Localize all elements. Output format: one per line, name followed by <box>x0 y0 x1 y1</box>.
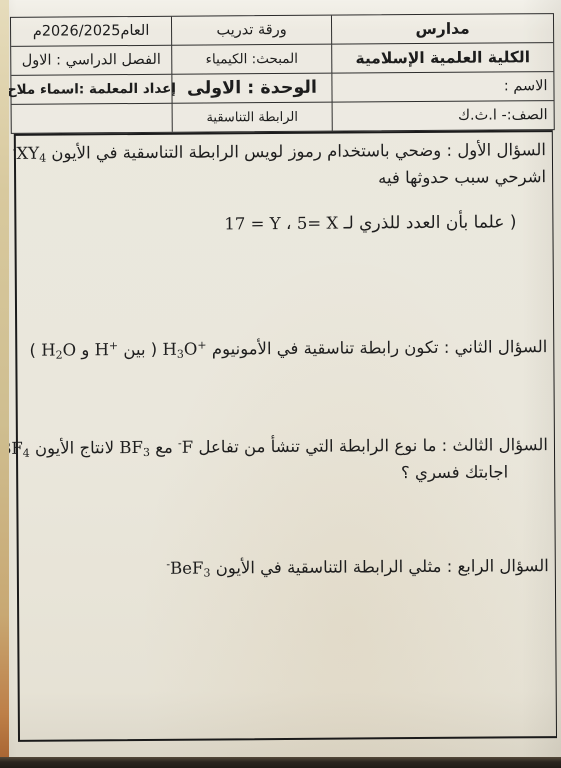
chemical-formula: H3O+ <box>162 340 206 359</box>
lesson-topic: الرابطة التناسقية <box>172 103 332 132</box>
school-year: العام2026/2025م <box>11 17 171 47</box>
scanned-worksheet-photo: مدارس ورقة تدريب العام2026/2025م الكلية … <box>0 0 561 768</box>
question-line: السؤال الأول : وضحي باستخدام رموز لويس ا… <box>20 136 546 167</box>
chemical-formula: -BeF3 <box>166 558 210 577</box>
worksheet-sheet: مدارس ورقة تدريب العام2026/2025م الكلية … <box>0 0 561 768</box>
arabic-text: مع <box>150 438 178 457</box>
arabic-text: ( علما بأن العدد للذري لـ <box>338 212 516 233</box>
arabic-text: السؤال الثالث : ما نوع الرابطة التي تنشأ… <box>193 435 548 456</box>
chemical-formula: -XY4 <box>13 144 46 163</box>
arabic-text: ، <box>280 214 296 234</box>
class-label: الصف:- ا.ث.ك <box>332 101 554 131</box>
semester: الفصل الدراسي : الاول <box>11 46 171 76</box>
question-block: السؤال الأول : وضحي باستخدام رموز لويس ا… <box>20 136 547 240</box>
question-block: السؤال الرابع : مثلي الرابطة التناسقية ف… <box>23 552 549 583</box>
unit: الوحدة : الاولى <box>171 74 331 104</box>
subject: المبحث: الكيمياء <box>171 45 331 75</box>
chemical-formula: BF3 <box>119 438 150 457</box>
arabic-text: و <box>76 340 95 359</box>
question-line: السؤال الرابع : مثلي الرابطة التناسقية ف… <box>23 552 549 583</box>
arabic-text: اشرحي سبب حدوثها فيه <box>378 167 546 187</box>
school-name-line1: مدارس <box>331 14 553 45</box>
arabic-text: ( بين <box>118 340 162 359</box>
arabic-text: السؤال الرابع : مثلي الرابطة التناسقية ف… <box>210 556 549 577</box>
doc-type: ورقة تدريب <box>171 16 331 46</box>
question-block: السؤال الثالث : ما نوع الرابطة التي تنشأ… <box>22 431 548 489</box>
photo-left-edge <box>0 0 9 768</box>
questions-box: السؤال الأول : وضحي باستخدام رموز لويس ا… <box>14 130 557 742</box>
school-name-line2: الكلية العلمية الإسلامية <box>331 43 553 74</box>
question-line: اجابتك فسري ؟ <box>22 458 548 489</box>
question-line: السؤال الثالث : ما نوع الرابطة التي تنشأ… <box>22 431 548 462</box>
teacher: إعداد المعلمة :اسماء ملاح <box>11 75 171 105</box>
header-table: مدارس ورقة تدريب العام2026/2025م الكلية … <box>10 13 555 134</box>
question-line: السؤال الثاني : تكون رابطة تناسقية في ال… <box>21 333 547 364</box>
chemical-formula: 5= X <box>297 214 338 233</box>
question-block: السؤال الثاني : تكون رابطة تناسقية في ال… <box>21 333 547 364</box>
arabic-text: السؤال الأول : وضحي باستخدام رموز لويس ا… <box>46 140 546 162</box>
chemical-formula: -F <box>178 438 193 457</box>
chemical-formula: 17 = Y <box>224 214 280 233</box>
student-name-label: الاسم : <box>331 72 553 103</box>
question-line: اشرحي سبب حدوثها فيه <box>20 163 546 194</box>
question-line: ( علما بأن العدد للذري لـ 5= X ، 17 = Y <box>20 208 546 240</box>
empty-cell <box>12 104 172 133</box>
arabic-text: السؤال الثاني : تكون رابطة تناسقية في ال… <box>207 337 548 358</box>
chemical-formula: H2O <box>41 340 76 359</box>
arabic-text: اجابتك فسري ؟ <box>401 462 508 482</box>
arabic-text: ) <box>29 341 41 360</box>
photo-bottom-edge <box>0 757 561 768</box>
arabic-text: لانتاج الأيون <box>30 438 120 458</box>
chemical-formula: H+ <box>94 340 118 359</box>
